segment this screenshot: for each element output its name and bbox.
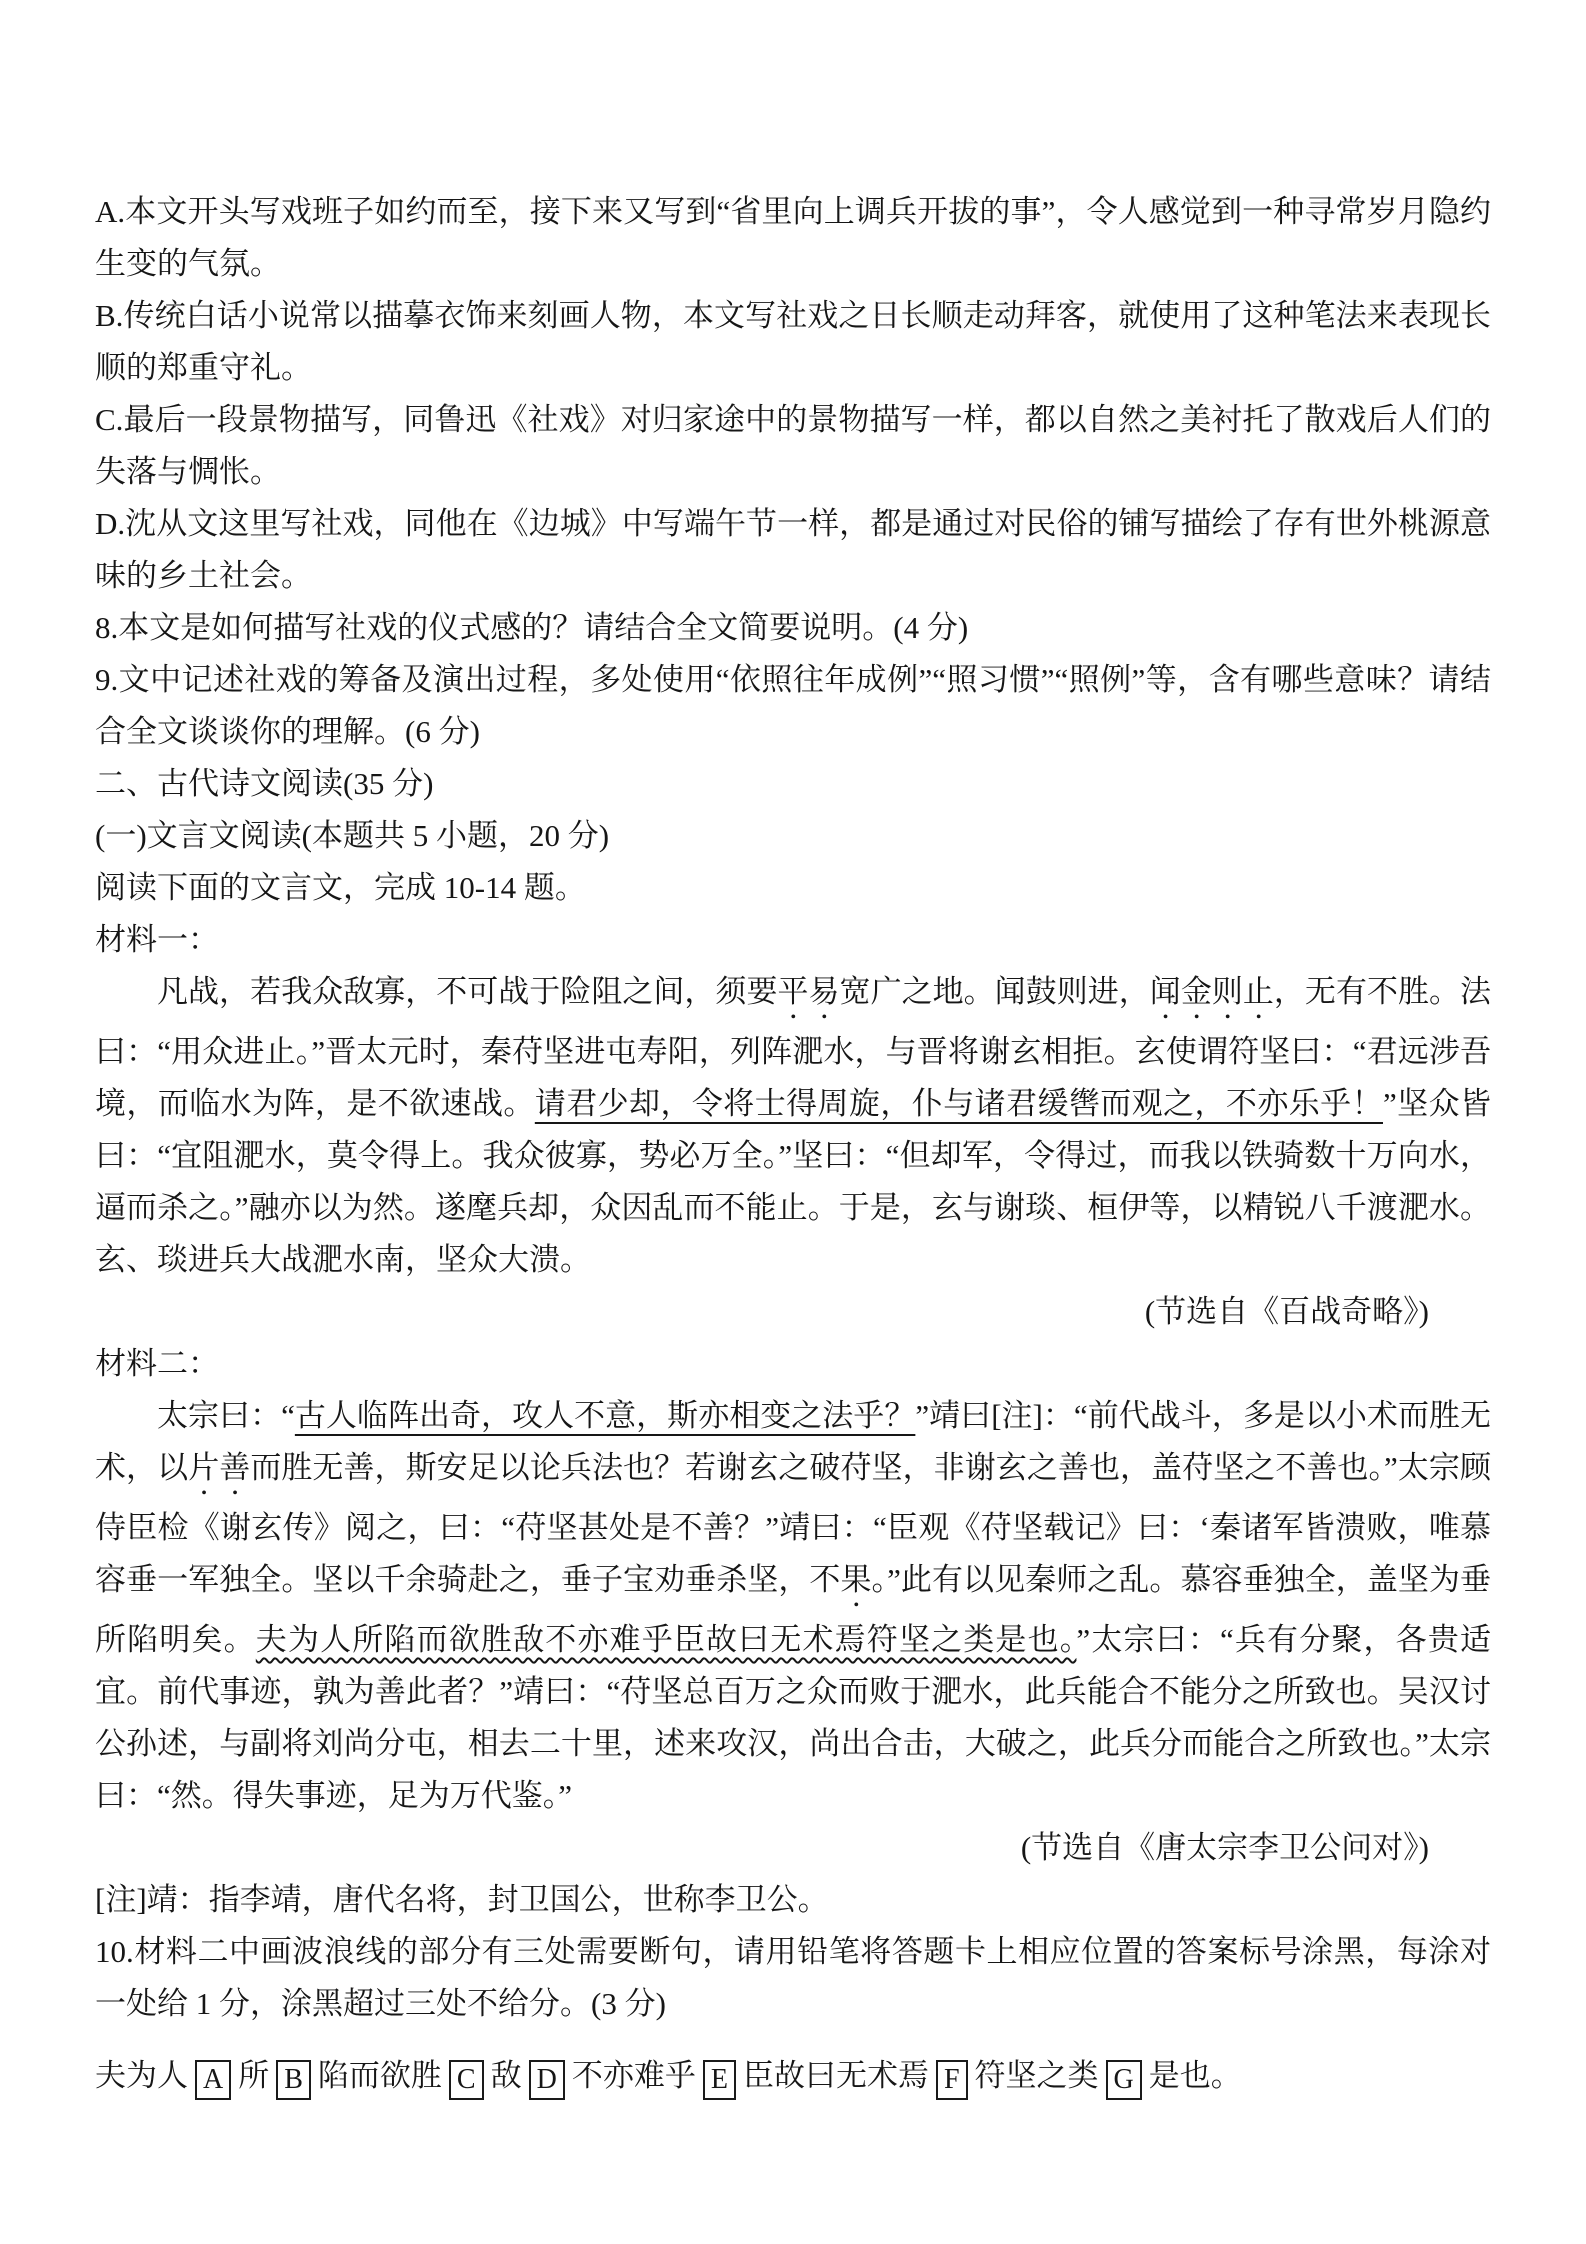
text-run-plain: 是也。 [1149,2058,1242,2093]
answer-segment-label-box: E [703,2060,736,2100]
text-run-dots: 片善 [188,1450,250,1485]
text-run-plain: 夫为人 [95,2058,188,2093]
text-run-plain: 符坚之类 [975,2058,1099,2093]
footnote: [注]靖：指李靖，唐代名将，封卫国公，世称李卫公。 [95,1874,1491,1926]
material-1-source: (节选自《百战奇略》) [95,1286,1491,1338]
text-run-wavy: 夫为人所陷而欲胜敌不亦难乎臣故曰无术焉符坚之类是也。 [256,1622,1077,1657]
choice-option-d: D.沈从文这里写社戏，同他在《边城》中写端午节一样，都是通过对民俗的铺写描绘了存… [95,498,1491,602]
material-2-source: (节选自《唐太宗李卫公问对》) [95,1822,1491,1874]
question-10: 10.材料二中画波浪线的部分有三处需要断句，请用铅笔将答题卡上相应位置的答案标号… [95,1926,1491,2030]
text-run-dots: 闻金则止 [1150,974,1274,1009]
text-run-plain: 宽广之地。闻鼓则进， [840,974,1150,1009]
question-9: 9.文中记述社戏的筹备及演出过程，多处使用“依照往年成例”“照习惯”“照例”等，… [95,654,1491,758]
question-8: 8.本文是如何描写社戏的仪式感的？请结合全文简要说明。(4 分) [95,602,1491,654]
section-2-heading: 二、古代诗文阅读(35 分) [95,758,1491,810]
text-run-plain: 不亦难乎 [572,2058,696,2093]
section-2-1-heading: (一)文言文阅读(本题共 5 小题，20 分) [95,810,1491,862]
answer-segment-label-box: A [195,2060,231,2100]
choice-option-a: A.本文开头写戏班子如约而至，接下来又写到“省里向上调兵开拔的事”，令人感觉到一… [95,186,1491,290]
material-1-text: 凡战，若我众敌寡，不可战于险阻之间，须要平易宽广之地。闻鼓则进，闻金则止，无有不… [95,966,1491,1286]
answer-segment-label-box: B [276,2060,311,2100]
text-run-plain: 凡战，若我众敌寡，不可战于险阻之间，须要 [157,974,777,1009]
reading-intro: 阅读下面的文言文，完成 10-14 题。 [95,862,1491,914]
text-run-plain: 陷而欲胜 [318,2058,442,2093]
question-10-answer-line: 夫为人A所B陷而欲胜C敌D不亦难乎E臣故曰无术焉F符坚之类G是也。 [95,2050,1491,2102]
answer-segment-label-box: D [529,2060,565,2100]
material-1-label: 材料一： [95,914,1491,966]
material-2-text: 太宗曰：“古人临阵出奇，攻人不意，斯亦相变之法乎？”靖曰[注]：“前代战斗，多是… [95,1390,1491,1822]
choice-option-b: B.传统白话小说常以描摹衣饰来刻画人物，本文写社戏之日长顺走动拜客，就使用了这种… [95,290,1491,394]
exam-content: A.本文开头写戏班子如约而至，接下来又写到“省里向上调兵开拔的事”，令人感觉到一… [95,186,1491,2102]
text-run-plain: 臣故曰无术焉 [743,2058,929,2093]
choice-option-c: C.最后一段景物描写，同鲁迅《社戏》对归家途中的景物描写一样，都以自然之美衬托了… [95,394,1491,498]
text-run-dots: 果 [840,1562,871,1597]
text-run-underline: 请君少却，令将士得周旋，仆与诸君缓辔而观之，不亦乐乎！ [535,1086,1383,1121]
text-run-plain: 所 [238,2058,269,2093]
exam-page: A.本文开头写戏班子如约而至，接下来又写到“省里向上调兵开拔的事”，令人感觉到一… [0,0,1586,2244]
text-run-plain: 太宗曰：“ [157,1398,295,1433]
answer-segment-label-box: F [936,2060,968,2100]
text-run-underline: 古人临阵出奇，攻人不意，斯亦相变之法乎？ [295,1398,916,1433]
answer-segment-label-box: C [449,2060,484,2100]
text-run-dots: 平易 [777,974,839,1009]
text-run-plain: 敌 [491,2058,522,2093]
material-2-label: 材料二： [95,1338,1491,1390]
answer-segment-label-box: G [1106,2060,1142,2100]
